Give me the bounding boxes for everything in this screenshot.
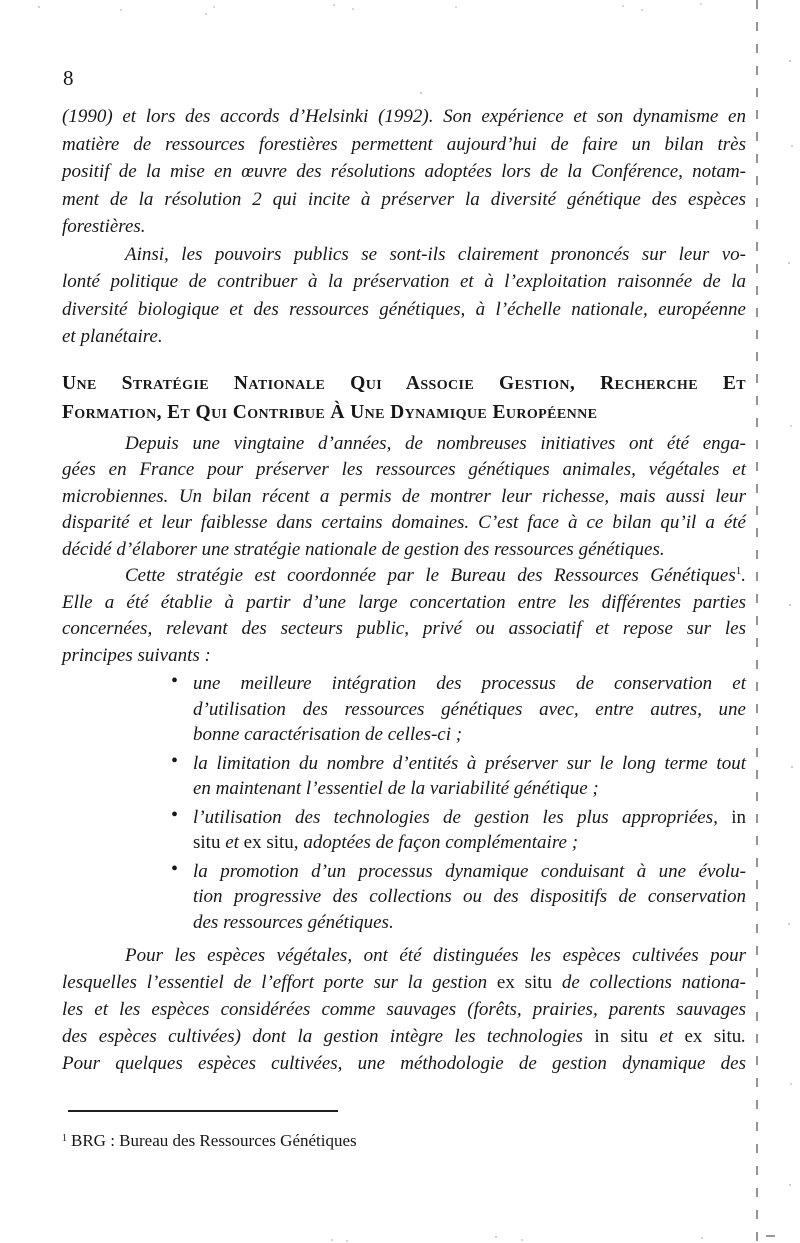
paragraph: Depuis une vingtaine d’années, de nombre… [62,431,746,564]
bullet-item: •l’utilisation des technologies de gesti… [62,805,746,856]
text-segment: ex situ, [244,832,304,853]
text-line: Une Stratégie Nationale Qui Associe Gest… [62,369,746,398]
text-line: Cette stratégie est coordonnée par le Bu… [62,563,746,590]
bullet-text: l’utilisation des technologies de gestio… [193,805,746,856]
text-segment: forestières. [62,216,146,237]
text-block: (1990) et lors des accords d’Helsinki (1… [62,103,746,1077]
text-segment: bonne caractérisation de celles-ci ; [193,724,462,745]
text-line: la promotion d’un processus dynamique co… [193,859,746,885]
bullet-item: •une meilleure intégration des processus… [62,671,746,748]
text-segment: en maintenant l’essentiel de la variabil… [193,778,599,799]
text-line: en maintenant l’essentiel de la variabil… [193,776,746,802]
text-segment: et [225,832,243,853]
text-line: bonne caractérisation de celles-ci ; [193,722,746,748]
text-line: Depuis une vingtaine d’années, de nombre… [62,431,746,458]
text-segment: les et les espèces considérées comme sau… [62,999,746,1020]
text-line: diversité biologique et des ressources g… [62,296,746,324]
text-line: disparité et leur faiblesse dans certain… [62,510,746,537]
scanned-document-page: 8 (1990) et lors des accords d’Helsinki … [0,0,800,1243]
text-segment: Pour quelques espèces cultivées, une mét… [62,1053,746,1074]
text-segment: lonté politique de contribuer à la prése… [62,271,746,292]
bullet-item: •la promotion d’un processus dynamique c… [62,859,746,936]
text-segment: ex situ [684,1026,741,1047]
text-line: l’utilisation des technologies de gestio… [193,805,746,831]
text-line: la limitation du nombre d’entités à prés… [193,751,746,777]
text-segment: de collections nationa- [562,972,746,993]
text-segment: des ressources génétiques. [193,912,394,933]
footnote-label: BRG : Bureau des Ressources Génétiques [71,1131,357,1150]
text-segment: une meilleure intégration des processus … [193,673,746,694]
text-line: et planétaire. [62,323,746,351]
text-line: décidé d’élaborer une stratégie national… [62,537,746,564]
bullet-item: •la limitation du nombre d’entités à pré… [62,751,746,802]
text-line: une meilleure intégration des processus … [193,671,746,697]
bullet-text: une meilleure intégration des processus … [193,671,746,748]
text-segment: Elle a été établie à partir d’une large … [62,592,746,613]
text-line: microbiennes. Un bilan récent a permis d… [62,484,746,511]
text-line: Formation, Et Qui Contribue À Une Dynami… [62,398,746,427]
text-line: (1990) et lors des accords d’Helsinki (1… [62,103,746,131]
text-segment: matière de ressources forestières permet… [62,134,746,155]
footnote: 1BRG : Bureau des Ressources Génétiques [62,1110,357,1151]
text-segment: disparité et leur faiblesse dans certain… [62,512,746,533]
text-line: matière de ressources forestières permet… [62,131,746,159]
text-segment: adoptées de façon complémentaire ; [303,832,578,853]
text-segment: la promotion d’un processus dynamique co… [193,861,746,882]
text-line: lesquelles l’essentiel de l’effort porte… [62,969,746,996]
bullet-list: •une meilleure intégration des processus… [62,671,746,935]
text-segment: situ [193,832,225,853]
text-segment: (1990) et lors des accords d’Helsinki (1… [62,106,746,127]
footnote-rule [68,1110,338,1112]
text-segment: et [659,1026,684,1047]
text-segment: Une Stratégie Nationale Qui Associe Gest… [62,373,746,394]
text-segment: in [731,807,746,828]
paragraph: Ainsi, les pouvoirs publics se sont-ils … [62,241,746,351]
text-line: des ressources génétiques. [193,910,746,936]
text-segment: Pour les espèces végétales, ont été dist… [125,945,746,966]
text-segment: Depuis une vingtaine d’années, de nombre… [125,433,746,454]
text-segment: positif de la mise en œuvre des résoluti… [62,161,746,182]
bullet-text: la limitation du nombre d’entités à prés… [193,751,746,802]
text-segment: . [741,565,746,586]
page-number: 8 [63,66,74,91]
text-segment: Cette stratégie est coordonnée par le Bu… [125,565,736,586]
text-segment: . [741,1026,746,1047]
paragraph: Cette stratégie est coordonnée par le Bu… [62,563,746,669]
scan-artifact-dash [766,1235,775,1237]
text-line: d’utilisation des ressources génétiques … [193,697,746,723]
bullet-text: la promotion d’un processus dynamique co… [193,859,746,936]
text-segment: lesquelles l’essentiel de l’effort porte… [62,972,497,993]
text-line: positif de la mise en œuvre des résoluti… [62,158,746,186]
text-segment: concernées, relevant des secteurs public… [62,618,746,639]
bullet-icon: • [171,803,178,829]
text-segment: des espèces cultivées) dont la gestion i… [62,1026,594,1047]
footnote-marker: 1 [62,1133,67,1144]
text-segment: ment de la résolution 2 qui incite à pré… [62,189,746,210]
footnote-text: 1BRG : Bureau des Ressources Génétiques [62,1131,357,1151]
text-line: gées en France pour préserver les ressou… [62,457,746,484]
text-segment: diversité biologique et des ressources g… [62,299,746,320]
text-line: des espèces cultivées) dont la gestion i… [62,1023,746,1050]
text-segment: Ainsi, les pouvoirs publics se sont-ils … [125,244,746,265]
bullet-icon: • [171,857,178,883]
bullet-icon: • [171,669,178,695]
text-segment: in situ [594,1026,659,1047]
text-segment: décidé d’élaborer une stratégie national… [62,539,665,560]
text-segment: d’utilisation des ressources génétiques … [193,699,746,720]
text-line: Ainsi, les pouvoirs publics se sont-ils … [62,241,746,269]
text-segment: Formation, Et Qui Contribue À Une Dynami… [62,402,597,423]
bullet-icon: • [171,749,178,775]
section-heading: Une Stratégie Nationale Qui Associe Gest… [62,369,746,427]
text-line: lonté politique de contribuer à la prése… [62,268,746,296]
scan-artifact-dashed-line [756,0,758,1243]
text-segment: et planétaire. [62,326,163,347]
text-segment: tion progressive des collections ou des … [193,886,746,907]
text-segment: principes suivants : [62,645,211,666]
text-line: Pour les espèces végétales, ont été dist… [62,942,746,969]
text-line: tion progressive des collections ou des … [193,884,746,910]
text-line: forestières. [62,213,746,241]
paragraph: Pour les espèces végétales, ont été dist… [62,942,746,1077]
text-line: les et les espèces considérées comme sau… [62,996,746,1023]
text-segment: la limitation du nombre d’entités à prés… [193,753,746,774]
text-segment: gées en France pour préserver les ressou… [62,459,746,480]
text-line: Elle a été établie à partir d’une large … [62,590,746,617]
text-line: ment de la résolution 2 qui incite à pré… [62,186,746,214]
paragraph: (1990) et lors des accords d’Helsinki (1… [62,103,746,241]
text-line: principes suivants : [62,643,746,670]
scan-noise-specks [0,0,2,2]
text-segment: ex situ [497,972,562,993]
text-line: concernées, relevant des secteurs public… [62,616,746,643]
text-segment: microbiennes. Un bilan récent a permis d… [62,486,746,507]
text-line: situ et ex situ, adoptées de façon compl… [193,830,746,856]
text-line: Pour quelques espèces cultivées, une mét… [62,1050,746,1077]
text-segment: l’utilisation des technologies de gestio… [193,807,731,828]
